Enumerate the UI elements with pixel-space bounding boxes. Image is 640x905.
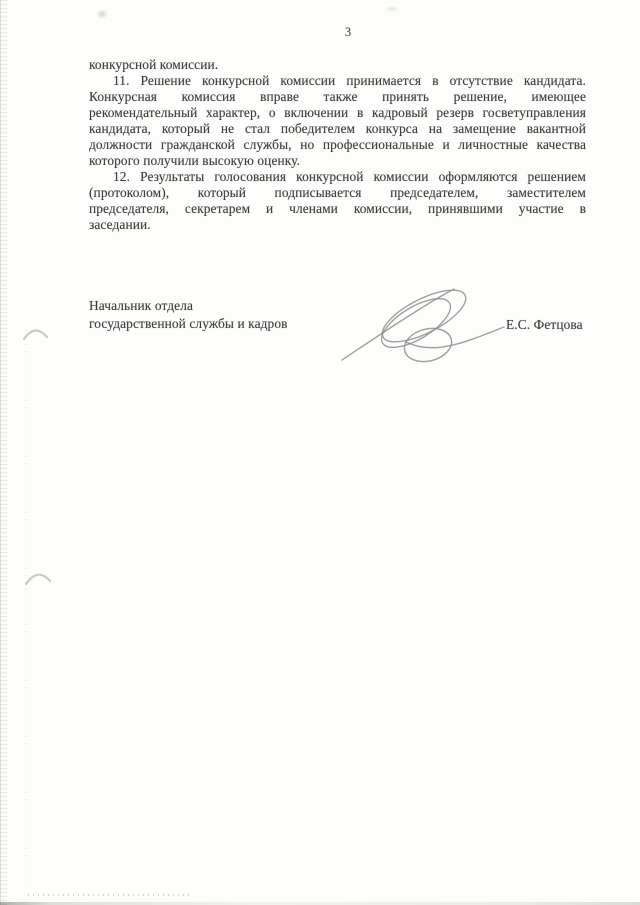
body-line: 11. Решение конкурсной комиссии принимае… xyxy=(89,73,586,89)
body-line: рекомендательный характер, о включении в… xyxy=(89,105,586,121)
signatory-title-line: государственной службы и кадров xyxy=(89,315,369,333)
body-line: (протоколом), который подписывается пред… xyxy=(89,185,586,201)
body-line: заседании. xyxy=(89,217,586,233)
signature-stroke xyxy=(342,289,454,360)
hole-punch-arc xyxy=(26,575,50,584)
scan-smudge xyxy=(96,9,108,19)
scan-edge-dots xyxy=(25,330,27,890)
body-line: 12. Результаты голосования конкурсной ко… xyxy=(89,169,586,185)
signatory-title: Начальник отдела государственной службы … xyxy=(89,297,369,332)
body-line: председателя, секретарем и членами комис… xyxy=(89,201,586,217)
signature-loop xyxy=(401,324,455,367)
handwritten-signature xyxy=(336,278,508,372)
page-number: 3 xyxy=(338,25,358,40)
scanned-document-page: 3 конкурсной комиссии. 11. Решение конку… xyxy=(0,0,640,905)
scan-edge-noise-left xyxy=(0,0,7,905)
body-line: кандидата, который не стал победителем к… xyxy=(89,121,586,137)
hole-punch-arc xyxy=(24,330,47,339)
signatory-name: Е.С. Фетцова xyxy=(506,317,606,333)
scan-speck-row xyxy=(28,894,193,896)
document-body: конкурсной комиссии. 11. Решение конкурс… xyxy=(89,57,586,233)
body-line: которого получили высокую оценку. xyxy=(89,153,586,169)
body-line: конкурсной комиссии. xyxy=(89,57,586,73)
signature-loop xyxy=(375,280,472,352)
body-line: должности гражданской службы, но професс… xyxy=(89,137,586,153)
signatory-title-line: Начальник отдела xyxy=(89,297,369,315)
scan-smudge xyxy=(384,6,400,12)
body-line: Конкурсная комиссия вправе также принять… xyxy=(89,89,586,105)
